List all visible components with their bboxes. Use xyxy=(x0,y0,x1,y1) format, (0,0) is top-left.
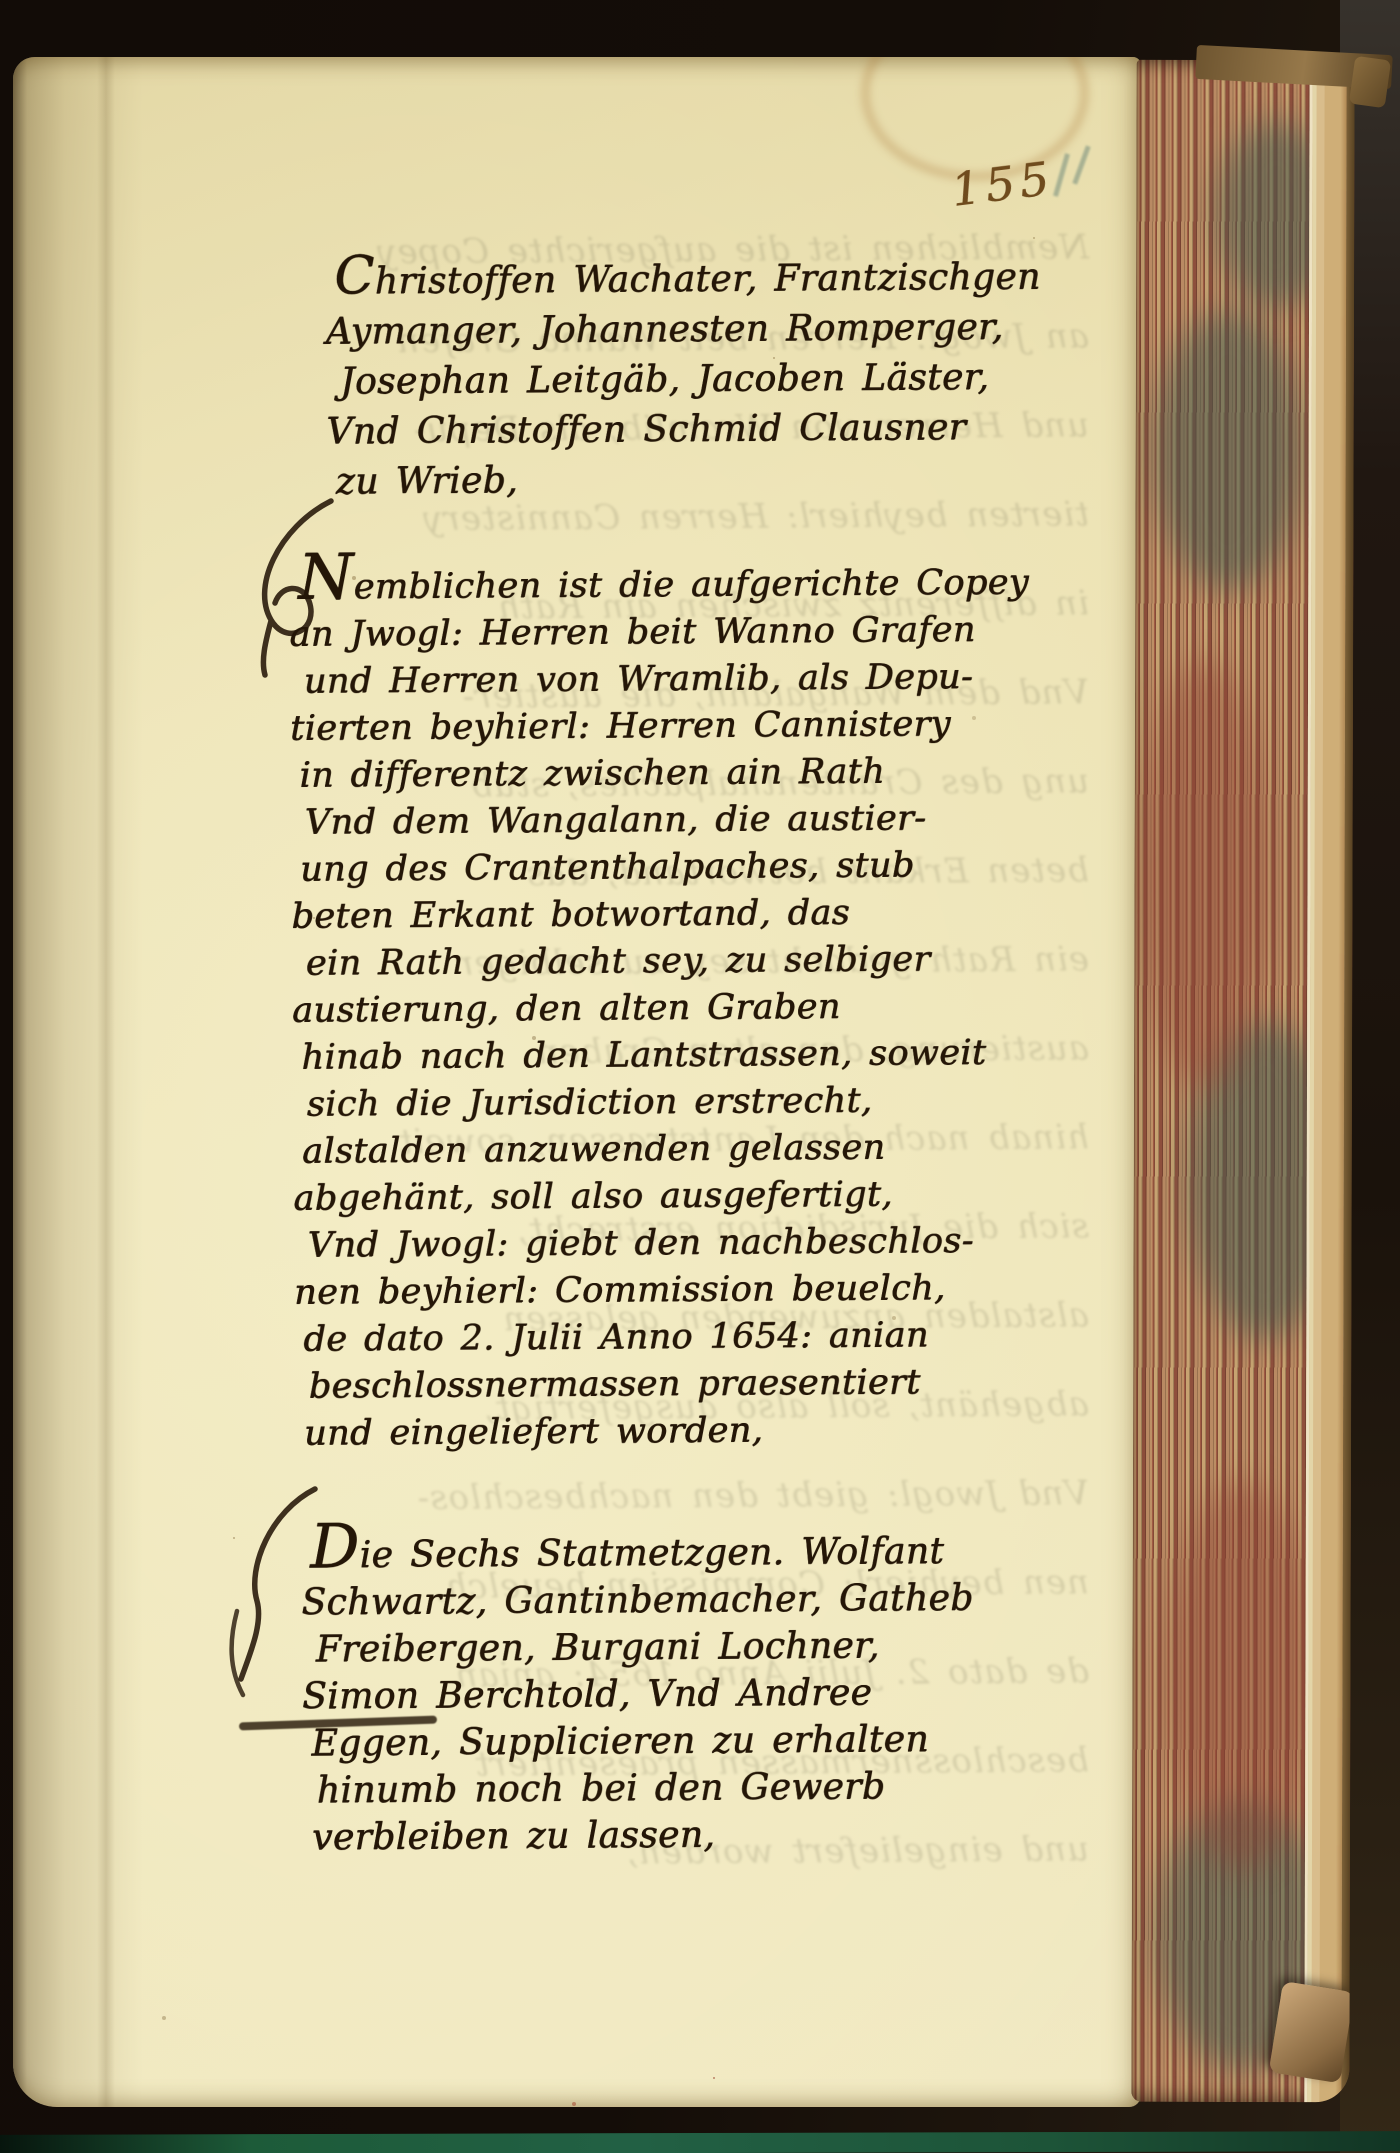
handwritten-line: ein Rath gedacht sey, zu selbiger xyxy=(306,935,1032,987)
handwritten-line: Vnd Christoffen Schmid Clausner xyxy=(326,403,1042,458)
text-block-resolution: Nemblichen ist die aufgerichte Copeyan J… xyxy=(298,548,1035,1457)
ink-offset-mark xyxy=(1072,145,1090,184)
handwritten-line: und eingeliefert worden, xyxy=(304,1405,1035,1457)
handwritten-line: tierten beyhierl: Herren Cannistery xyxy=(290,700,1030,752)
edge-mottling xyxy=(1167,1480,1318,1870)
handwritten-line: Christoffen Wachater, Frantzischgen xyxy=(334,247,1041,308)
paper-specks xyxy=(13,57,15,59)
edge-corner-fold xyxy=(1269,1981,1355,2083)
handwritten-line: hinumb noch bei den Gewerb xyxy=(317,1763,975,1815)
handwritten-line: Josephan Leitgäb, Jacoben Läster, xyxy=(340,353,1042,408)
handwritten-line: beten Erkant botwortand, das xyxy=(291,888,1031,940)
outer-page-edges xyxy=(1304,60,1346,2102)
edge-mottling xyxy=(1139,660,1270,1090)
handwritten-line: beschlossnermassen praesentiert xyxy=(309,1358,1035,1410)
handwritten-line: nen beyhierl: Commission beuelch, xyxy=(294,1264,1034,1316)
handwritten-line: austierung, den alten Graben xyxy=(292,982,1032,1034)
manuscript-photograph: Nemblichen ist die aufgerichte Copeyan J… xyxy=(0,0,1400,2153)
handwritten-line: Vnd Jwogl: giebt den nachbeschlos- xyxy=(308,1217,1034,1269)
ink-offset-mark xyxy=(1053,153,1070,197)
handwritten-line: Die Sechs Statmetzgen. Wolfant xyxy=(310,1519,974,1580)
text-block-names: Christoffen Wachater, FrantzischgenAyman… xyxy=(334,247,1042,508)
handwritten-line: und Herren von Wramlib, als Depu- xyxy=(304,653,1030,705)
handwritten-line: hinab nach den Lantstrassen, soweit xyxy=(301,1029,1032,1081)
handwritten-line: zu Wrieb, xyxy=(336,453,1043,508)
handwritten-line: ung des Crantenthalpaches, stub xyxy=(300,841,1031,893)
handwritten-line: in differentz zwischen ain Rath xyxy=(299,747,1030,799)
handwritten-line: verbleiben zu lassen, xyxy=(312,1810,975,1862)
handwritten-line: alstalden anzuwenden gelassen xyxy=(302,1123,1033,1175)
text-block-petition: Die Sechs Statmetzgen. WolfantSchwartz, … xyxy=(310,1519,975,1862)
handwritten-line: Freibergen, Burgani Lochner, xyxy=(316,1622,974,1674)
manuscript-page: Nemblichen ist die aufgerichte Copeyan J… xyxy=(13,57,1141,2107)
handwritten-line: de dato 2. Julii Anno 1654: anian xyxy=(303,1311,1034,1363)
binding-knob xyxy=(1349,56,1391,109)
table-surface xyxy=(0,2131,1400,2153)
book-fore-edge xyxy=(1131,60,1354,2103)
handwritten-line: Vnd dem Wangalann, die austier- xyxy=(305,794,1031,846)
handwritten-line: sich die Jurisdiction erstrecht, xyxy=(307,1076,1033,1128)
edge-mottling xyxy=(1153,310,1304,590)
handwritten-line: Nemblichen ist die aufgerichte Copey xyxy=(298,548,1029,611)
handwritten-line: abgehänt, soll also ausgefertigt, xyxy=(293,1170,1033,1222)
handwritten-line: an Jwogl: Herren beit Wanno Grafen xyxy=(289,606,1029,658)
handwritten-line: Simon Berchtold, Vnd Andree xyxy=(302,1669,974,1721)
handwritten-line: Schwartz, Gantinbemacher, Gatheb xyxy=(301,1575,973,1627)
handwritten-line: Aymanger, Johannesten Romperger, xyxy=(326,303,1042,358)
